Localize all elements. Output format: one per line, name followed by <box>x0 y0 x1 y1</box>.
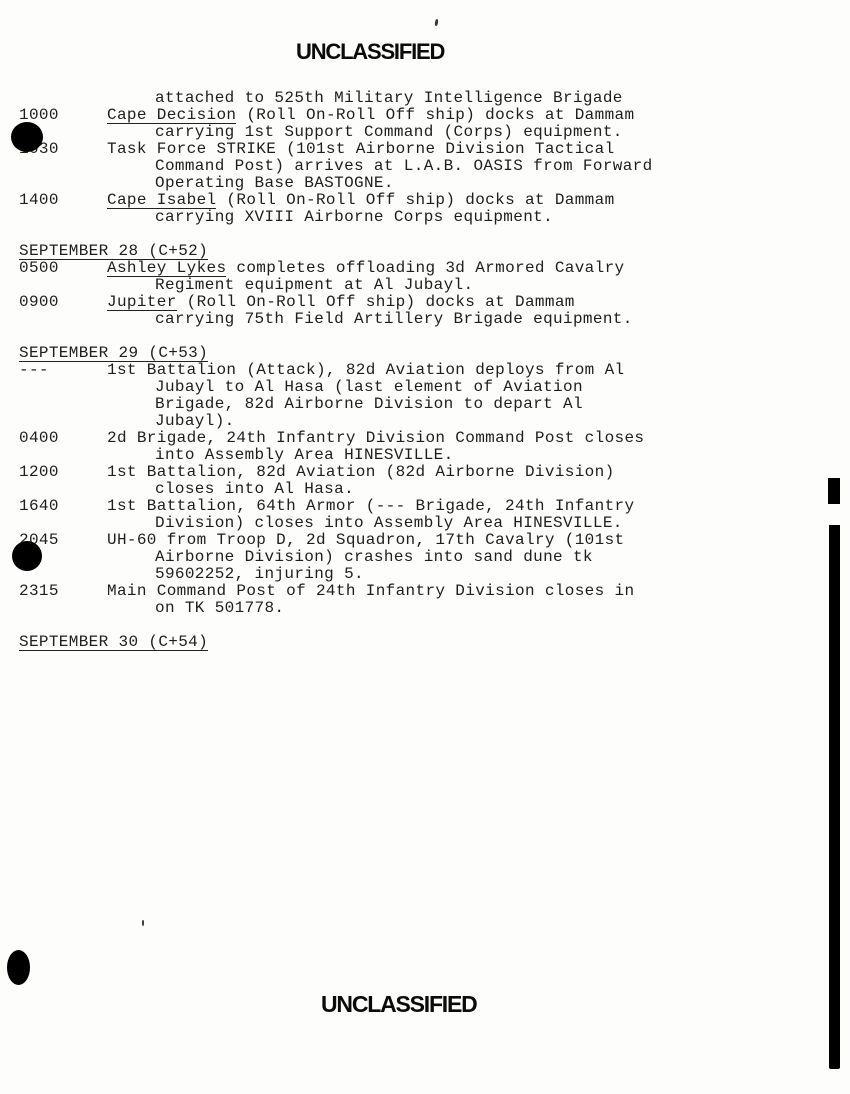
entry-line: Ashley Lykes completes offloading 3d Arm… <box>107 260 800 277</box>
entry-row: 2045UH-60 from Troop D, 2d Squadron, 17t… <box>0 532 800 583</box>
section-date-header: SEPTEMBER 30 (C+54) <box>19 634 800 651</box>
entry-line: carrying 1st Support Command (Corps) equ… <box>107 124 800 141</box>
entry-time: 1200 <box>19 464 59 481</box>
entry-line: on TK 501778. <box>107 600 800 617</box>
chronology-section: SEPTEMBER 30 (C+54) <box>0 634 800 651</box>
entry-row: 16401st Battalion, 64th Armor (--- Briga… <box>0 498 800 532</box>
entry-row: attached to 525th Military Intelligence … <box>0 90 800 107</box>
section-date-header: SEPTEMBER 29 (C+53) <box>19 345 800 362</box>
entry-line: 1st Battalion, 64th Armor (--- Brigade, … <box>107 498 800 515</box>
entry-line: 1st Battalion, 82d Aviation (82d Airborn… <box>107 464 800 481</box>
bottom-classification-banner: UNCLASSIFIED <box>321 991 477 1018</box>
hole-punch-top <box>11 122 43 152</box>
top-classification-banner: UNCLASSIFIED <box>296 39 444 65</box>
entry-row: 1030Task Force STRIKE (101st Airborne Di… <box>0 141 800 192</box>
entry-line: Airborne Division) crashes into sand dun… <box>107 549 800 566</box>
entry-text: Jupiter (Roll On-Roll Off ship) docks at… <box>107 294 800 328</box>
entry-time: 0900 <box>19 294 59 311</box>
entry-row: 04002d Brigade, 24th Infantry Division C… <box>0 430 800 464</box>
entry-line: 2d Brigade, 24th Infantry Division Comma… <box>107 430 800 447</box>
document-page: UNCLASSIFIED attached to 525th Military … <box>0 0 850 1094</box>
entry-time: 2315 <box>19 583 59 600</box>
scan-speck <box>434 19 438 26</box>
entry-text: Ashley Lykes completes offloading 3d Arm… <box>107 260 800 294</box>
entry-line: Main Command Post of 24th Infantry Divis… <box>107 583 800 600</box>
entry-line: Operating Base BASTOGNE. <box>107 175 800 192</box>
entry-line: Regiment equipment at Al Jubayl. <box>107 277 800 294</box>
section-date-header-text: SEPTEMBER 28 (C+52) <box>19 243 208 260</box>
entry-row: 1000Cape Decision (Roll On-Roll Off ship… <box>0 107 800 141</box>
section-date-header-text: SEPTEMBER 29 (C+53) <box>19 345 208 362</box>
entry-text: 1st Battalion, 64th Armor (--- Brigade, … <box>107 498 800 532</box>
hole-punch-middle <box>12 541 42 571</box>
entry-text: 1st Battalion (Attack), 82d Aviation dep… <box>107 362 800 430</box>
ship-name: Jupiter <box>107 294 177 311</box>
entry-line: UH-60 from Troop D, 2d Squadron, 17th Ca… <box>107 532 800 549</box>
entry-time: 1640 <box>19 498 59 515</box>
entry-line: 1st Battalion (Attack), 82d Aviation dep… <box>107 362 800 379</box>
entry-time: 0400 <box>19 430 59 447</box>
entry-text: UH-60 from Troop D, 2d Squadron, 17th Ca… <box>107 532 800 583</box>
chronology-section: SEPTEMBER 29 (C+53)---1st Battalion (Att… <box>0 345 800 617</box>
entry-time: 1400 <box>19 192 59 209</box>
entry-text: Cape Isabel (Roll On-Roll Off ship) dock… <box>107 192 800 226</box>
entry-line: Cape Isabel (Roll On-Roll Off ship) dock… <box>107 192 800 209</box>
entry-line: 59602252, injuring 5. <box>107 566 800 583</box>
ship-name: Ashley Lykes <box>107 260 226 277</box>
entry-line: Brigade, 82d Airborne Division to depart… <box>107 396 800 413</box>
hole-punch-bottom <box>7 950 30 985</box>
entry-text: 1st Battalion, 82d Aviation (82d Airborn… <box>107 464 800 498</box>
entry-text: Cape Decision (Roll On-Roll Off ship) do… <box>107 107 800 141</box>
entry-line: carrying 75th Field Artillery Brigade eq… <box>107 311 800 328</box>
section-date-header-text: SEPTEMBER 30 (C+54) <box>19 634 208 651</box>
entry-line: Task Force STRIKE (101st Airborne Divisi… <box>107 141 800 158</box>
entry-row: 12001st Battalion, 82d Aviation (82d Air… <box>0 464 800 498</box>
entry-line: Jupiter (Roll On-Roll Off ship) docks at… <box>107 294 800 311</box>
entry-line: closes into Al Hasa. <box>107 481 800 498</box>
section-date-header: SEPTEMBER 28 (C+52) <box>19 243 800 260</box>
entry-row: 0900Jupiter (Roll On-Roll Off ship) dock… <box>0 294 800 328</box>
entry-row: ---1st Battalion (Attack), 82d Aviation … <box>0 362 800 430</box>
ship-name: Cape Decision <box>107 107 236 124</box>
entry-time: --- <box>19 362 49 379</box>
chronology-section: SEPTEMBER 28 (C+52)0500Ashley Lykes comp… <box>0 243 800 328</box>
entry-row: 0500Ashley Lykes completes offloading 3d… <box>0 260 800 294</box>
ship-name: Cape Isabel <box>107 192 216 209</box>
entry-row: 2315Main Command Post of 24th Infantry D… <box>0 583 800 617</box>
entry-text: Task Force STRIKE (101st Airborne Divisi… <box>107 141 800 192</box>
entry-text: Main Command Post of 24th Infantry Divis… <box>107 583 800 617</box>
entry-line: Division) closes into Assembly Area HINE… <box>107 515 800 532</box>
entry-line: carrying XVIII Airborne Corps equipment. <box>107 209 800 226</box>
entry-line: Jubayl). <box>107 413 800 430</box>
entry-line: Cape Decision (Roll On-Roll Off ship) do… <box>107 107 800 124</box>
entry-row: 1400Cape Isabel (Roll On-Roll Off ship) … <box>0 192 800 226</box>
chronology-section: attached to 525th Military Intelligence … <box>0 90 800 226</box>
entry-line: into Assembly Area HINESVILLE. <box>107 447 800 464</box>
entry-line: attached to 525th Military Intelligence … <box>107 90 800 107</box>
edge-artifact-bar-short <box>828 478 840 504</box>
edge-artifact-bar-long <box>829 525 840 1069</box>
entry-text: 2d Brigade, 24th Infantry Division Comma… <box>107 430 800 464</box>
entry-line: Jubayl to Al Hasa (last element of Aviat… <box>107 379 800 396</box>
entry-line: Command Post) arrives at L.A.B. OASIS fr… <box>107 158 800 175</box>
entry-text: attached to 525th Military Intelligence … <box>107 90 800 107</box>
entry-time: 0500 <box>19 260 59 277</box>
document-body: attached to 525th Military Intelligence … <box>0 90 800 651</box>
scan-speck <box>142 920 144 926</box>
